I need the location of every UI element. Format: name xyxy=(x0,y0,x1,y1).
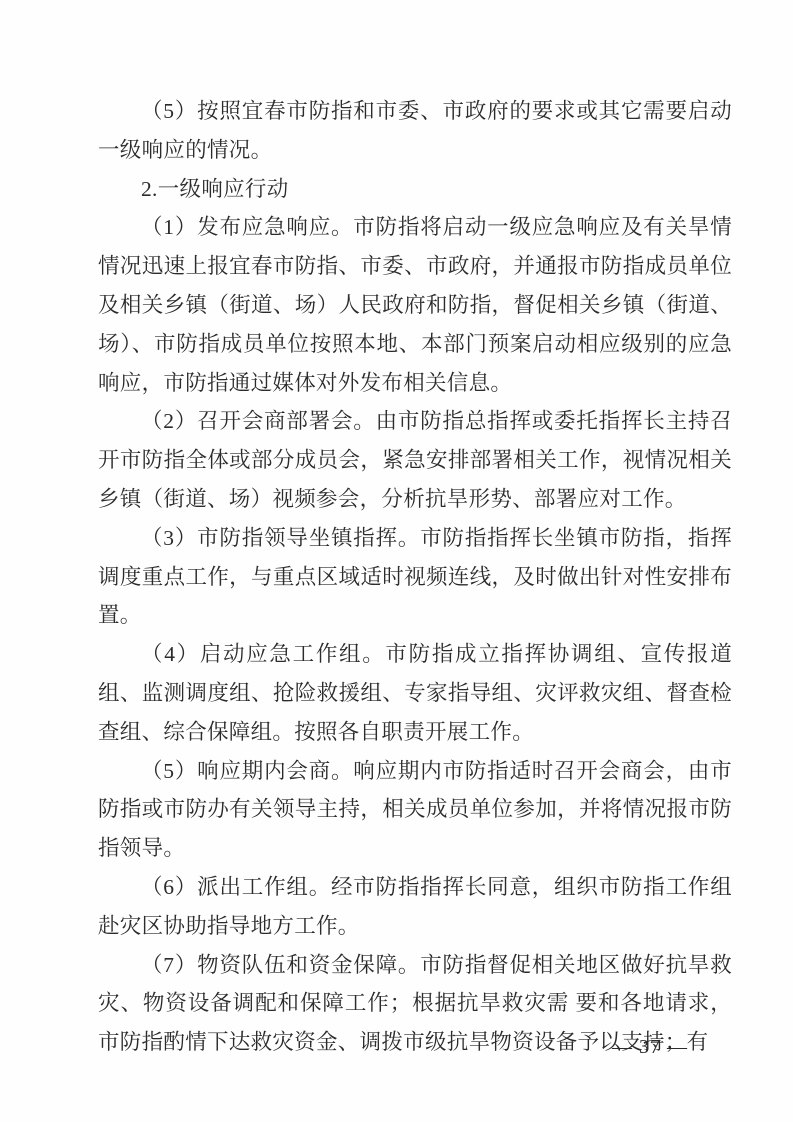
paragraph-action-6-dispatch-work-group: （6）派出工作组。经市防指指挥长同意，组织市防指工作组赴灾区协助指导地方工作。 xyxy=(98,868,732,946)
paragraph-action-5-in-response-consultation: （5）响应期内会商。响应期内市防指适时召开会商会，由市防指或市防办有关领导主持，… xyxy=(98,752,732,868)
paragraph-action-2-consultation-deployment-meeting: （2）召开会商部署会。由市防指总指挥或委托指挥长主持召开市防指全体或部分成员会，… xyxy=(98,402,732,518)
paragraph-action-3-leaders-onsite-command: （3）市防指领导坐镇指挥。市防指指挥长坐镇市防指，指挥调度重点工作，与重点区域适… xyxy=(98,519,732,635)
document-page: （5）按照宜春市防指和市委、市政府的要求或其它需要启动一级响应的情况。 2.一级… xyxy=(0,0,793,1122)
paragraph-action-1-release-emergency-response: （1）发布应急响应。市防指将启动一级应急响应及有关旱情情况迅速上报宜春市防指、市… xyxy=(98,208,732,402)
heading-level1-response-actions: 2.一级响应行动 xyxy=(98,170,732,209)
document-body: （5）按照宜春市防指和市委、市政府的要求或其它需要启动一级响应的情况。 2.一级… xyxy=(98,92,732,1062)
paragraph-action-4-activate-work-groups: （4）启动应急工作组。市防指成立指挥协调组、宣传报道组、监测调度组、抢险救援组、… xyxy=(98,635,732,751)
paragraph-condition-5: （5）按照宜春市防指和市委、市政府的要求或其它需要启动一级响应的情况。 xyxy=(98,92,732,170)
page-number: — 37 — xyxy=(612,1036,712,1059)
